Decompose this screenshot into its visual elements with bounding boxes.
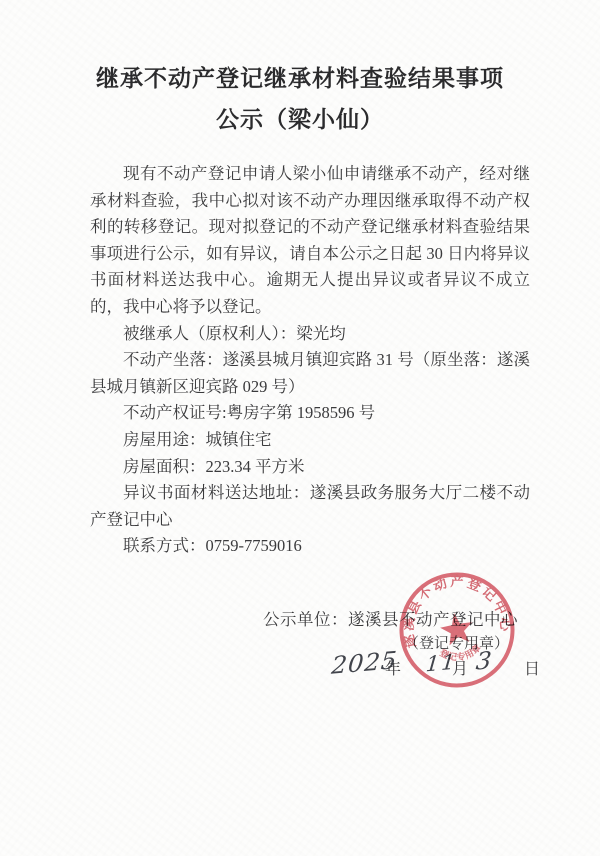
notice-title-line1: 继承不动产登记继承材料查验结果事项 bbox=[0, 58, 600, 99]
notice-document-page: 继承不动产登记继承材料查验结果事项 公示（梁小仙） 现有不动产登记申请人梁小仙申… bbox=[0, 0, 600, 856]
notice-paragraph: 现有不动产登记申请人梁小仙申请继承不动产，经对继承材料查验，我中心拟对该不动产办… bbox=[90, 161, 530, 321]
field-objection-address: 异议书面材料送达地址：遂溪县政务服务大厅二楼不动产登记中心 bbox=[90, 480, 530, 533]
notice-title: 继承不动产登记继承材料查验结果事项 公示（梁小仙） bbox=[0, 58, 600, 140]
seal-star-icon bbox=[438, 610, 475, 646]
field-contact-phone: 联系方式：0759-7759016 bbox=[90, 533, 530, 560]
notice-title-line2: 公示（梁小仙） bbox=[0, 99, 600, 140]
year-label: 年 bbox=[385, 656, 401, 679]
svg-text:登记专用章: 登记专用章 bbox=[436, 639, 485, 666]
field-decedent: 被继承人（原权利人）：梁光均 bbox=[90, 321, 530, 348]
seal-bottom-text: 登记专用章 bbox=[436, 639, 485, 666]
field-certificate-number: 不动产权证号:粤房字第 1958596 号 bbox=[90, 400, 530, 427]
field-house-area: 房屋面积：223.34 平方米 bbox=[90, 454, 530, 481]
field-property-location: 不动产坐落：遂溪县城月镇迎宾路 31 号（原坐落：遂溪县城月镇新区迎宾路 029… bbox=[90, 347, 530, 400]
field-house-use: 房屋用途：城镇住宅 bbox=[90, 427, 530, 454]
notice-body: 现有不动产登记申请人梁小仙申请继承不动产，经对继承材料查验，我中心拟对该不动产办… bbox=[90, 161, 530, 560]
official-seal-stamp-icon: 遂溪县不动产登记中心 登记专用章 bbox=[386, 559, 527, 700]
